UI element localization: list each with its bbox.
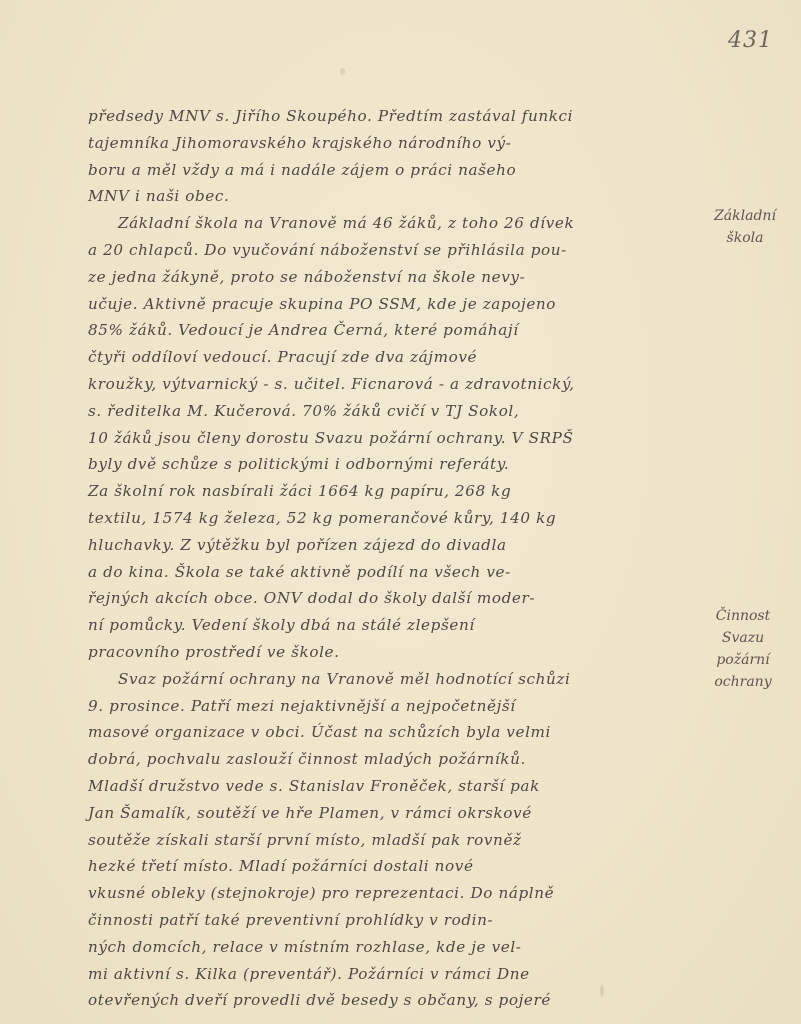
text-line: 10 žáků jsou členy dorostu Svazu požární… (88, 425, 693, 452)
handwritten-body: předsedy MNV s. Jiřího Skoupého. Předtím… (88, 103, 693, 1014)
margin-note-line: Činnost (698, 605, 788, 627)
margin-note-fire-brigade: Činnost Svazu požární ochrany (698, 605, 788, 693)
margin-note-school: Základní škola (700, 205, 790, 249)
margin-note-line: škola (700, 227, 790, 249)
text-line: činnosti patří také preventivní prohlídk… (88, 907, 693, 934)
chronicle-page: 431 předsedy MNV s. Jiřího Skoupého. Pře… (0, 0, 801, 1024)
text-line: mi aktivní s. Kilka (preventář). Požární… (88, 961, 693, 988)
text-line: 9. prosince. Patří mezi nejaktivnější a … (88, 693, 693, 720)
text-line: kroužky, výtvarnický - s. učitel. Ficnar… (88, 371, 693, 398)
margin-note-line: ochrany (698, 671, 788, 693)
text-line: masové organizace v obci. Účast na schůz… (88, 719, 693, 746)
text-line: tajemníka Jihomoravského krajského národ… (88, 130, 693, 157)
text-line: ze jedna žákyně, proto se náboženství na… (88, 264, 693, 291)
text-line: Základní škola na Vranově má 46 žáků, z … (88, 210, 693, 237)
text-line: hluchavky. Z výtěžku byl pořízen zájezd … (88, 532, 693, 559)
text-line: Za školní rok nasbírali žáci 1664 kg pap… (88, 478, 693, 505)
text-line: textilu, 1574 kg železa, 52 kg pomerančo… (88, 505, 693, 532)
text-line: pracovního prostředí ve škole. (88, 639, 693, 666)
text-line: Mladší družstvo vede s. Stanislav Froněč… (88, 773, 693, 800)
margin-note-line: požární (698, 649, 788, 671)
text-line: byly dvě schůze s politickými i odborným… (88, 451, 693, 478)
text-line: a 20 chlapců. Do vyučování náboženství s… (88, 237, 693, 264)
text-line: s. ředitelka M. Kučerová. 70% žáků cvičí… (88, 398, 693, 425)
text-line: MNV i naši obec. (88, 183, 693, 210)
text-line: ných domcích, relace v místním rozhlase,… (88, 934, 693, 961)
text-line: učuje. Aktivně pracuje skupina PO SSM, k… (88, 291, 693, 318)
text-line: řejných akcích obce. ONV dodal do školy … (88, 585, 693, 612)
text-line: Svaz požární ochrany na Vranově měl hodn… (88, 666, 693, 693)
text-line: otevřených dveří provedli dvě besedy s o… (88, 987, 693, 1014)
text-line: dobrá, pochvalu zaslouží činnost mladých… (88, 746, 693, 773)
margin-note-line: Základní (700, 205, 790, 227)
text-line: boru a měl vždy a má i nadále zájem o pr… (88, 157, 693, 184)
text-line: vkusné obleky (stejnokroje) pro reprezen… (88, 880, 693, 907)
margin-note-line: Svazu (698, 627, 788, 649)
paper-spot (340, 68, 345, 75)
text-line: 85% žáků. Vedoucí je Andrea Černá, které… (88, 317, 693, 344)
text-line: čtyři oddíloví vedoucí. Pracují zde dva … (88, 344, 693, 371)
text-line: a do kina. Škola se také aktivně podílí … (88, 559, 693, 586)
text-line: předsedy MNV s. Jiřího Skoupého. Předtím… (88, 103, 693, 130)
text-line: soutěže získali starší první místo, mlad… (88, 827, 693, 854)
text-line: ní pomůcky. Vedení školy dbá na stálé zl… (88, 612, 693, 639)
page-number: 431 (728, 28, 773, 53)
text-line: hezké třetí místo. Mladí požárníci dosta… (88, 853, 693, 880)
text-line: Jan Šamalík, soutěží ve hře Plamen, v rá… (88, 800, 693, 827)
